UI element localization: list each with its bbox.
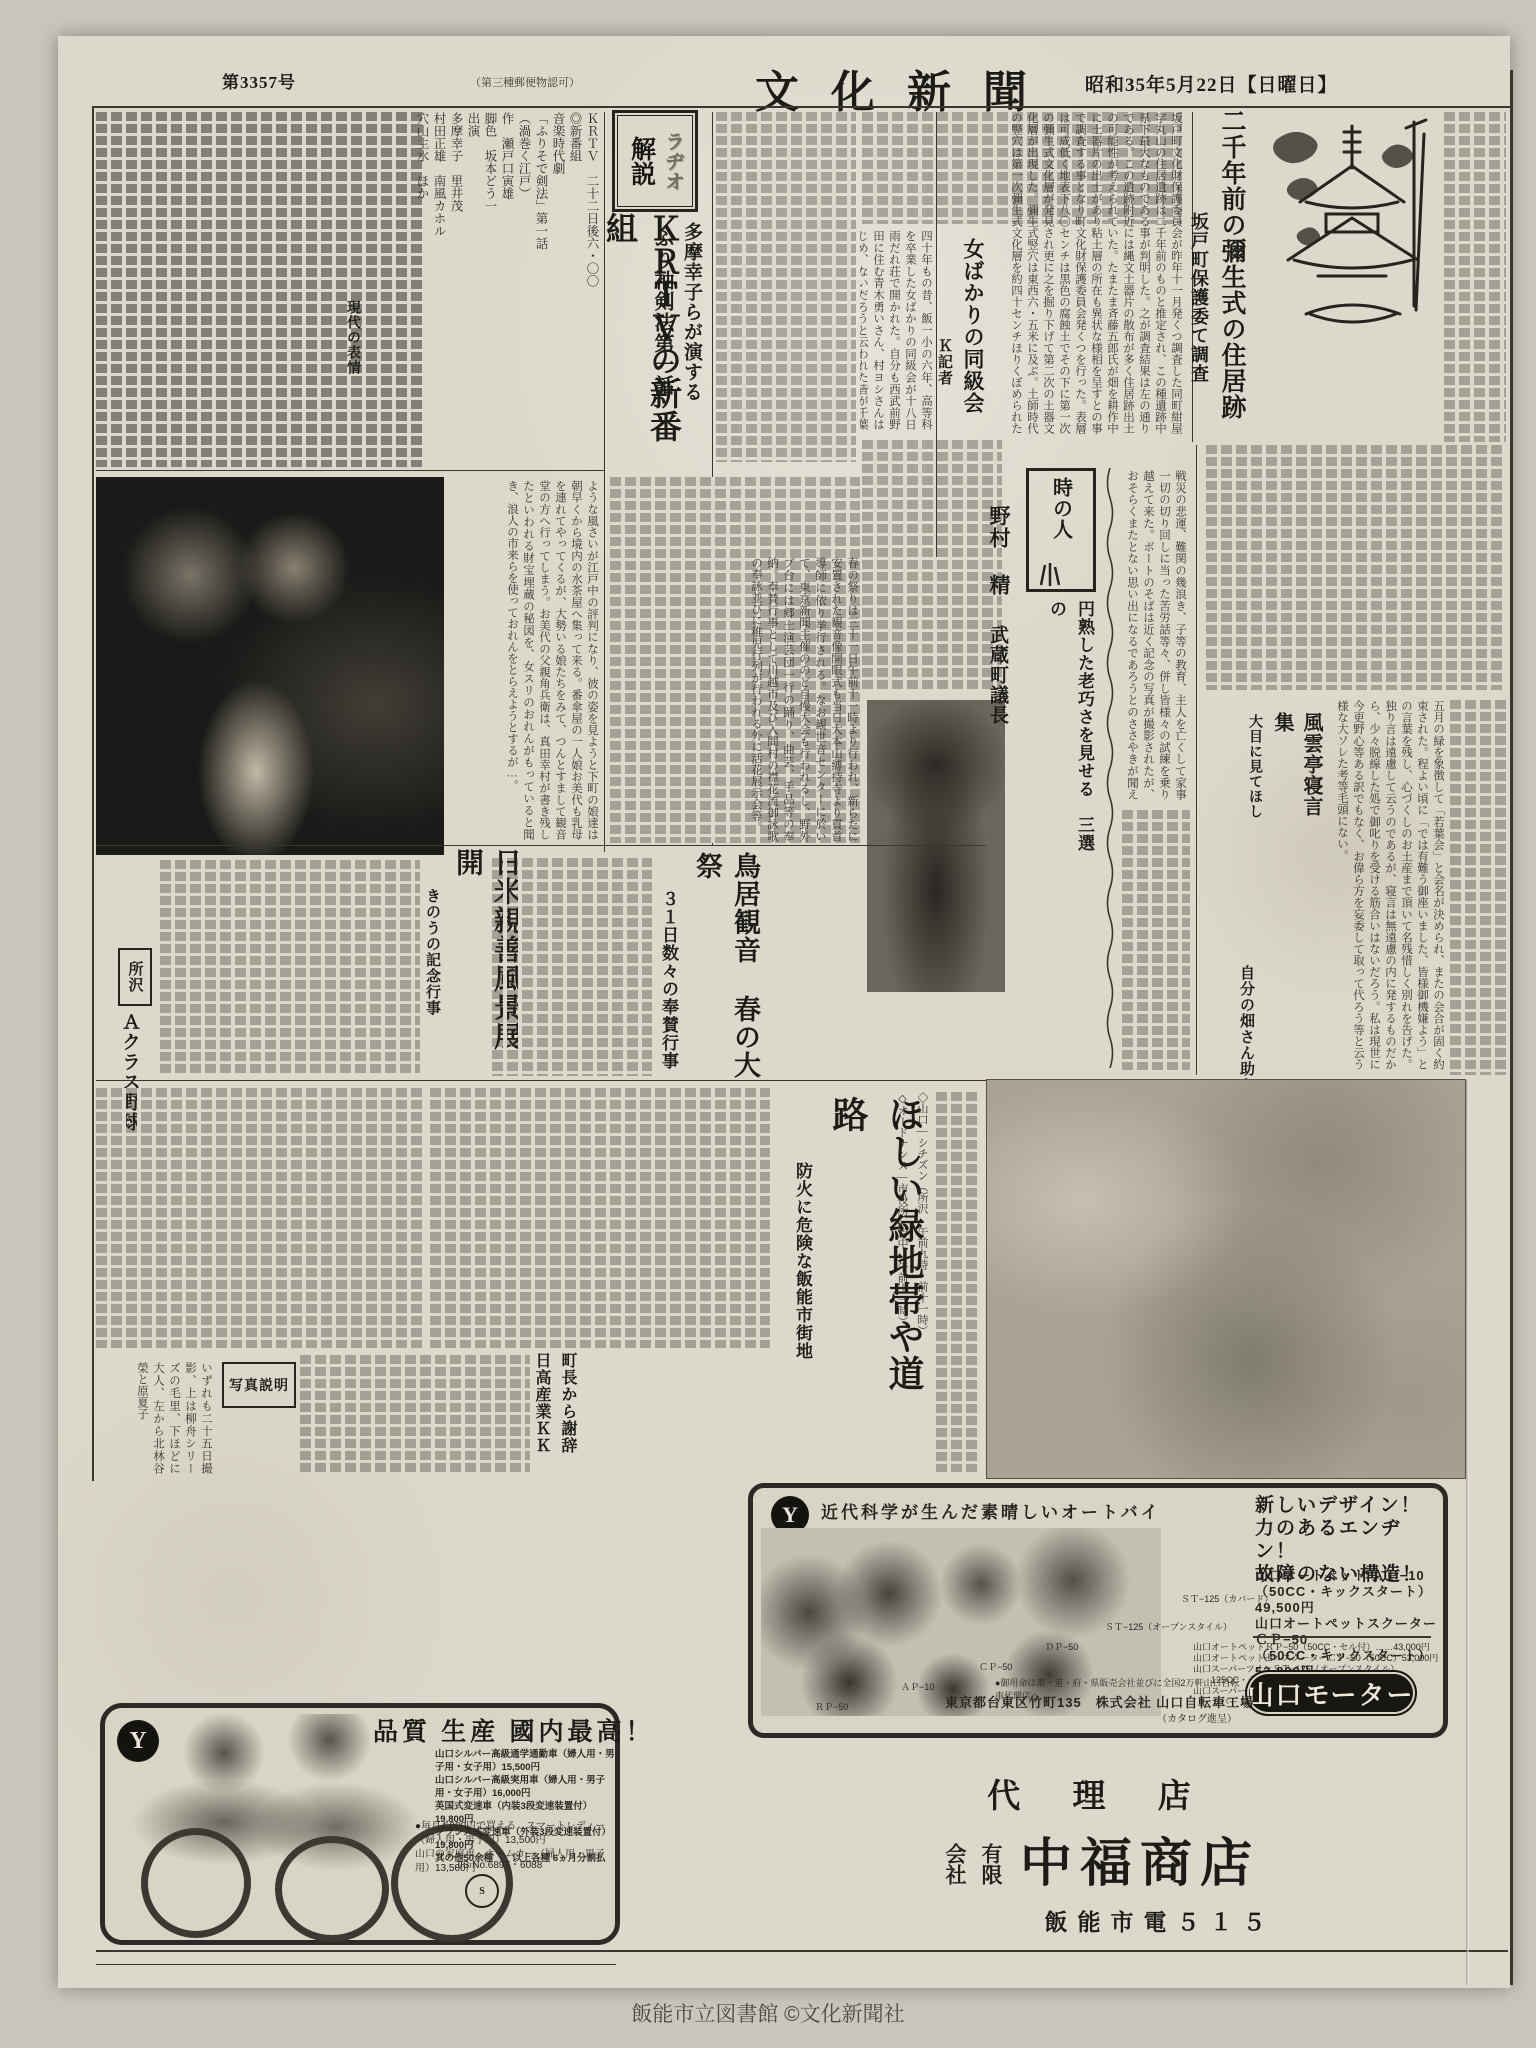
bottom-rule-short	[96, 1964, 616, 1965]
article-text-block	[96, 1088, 426, 1348]
yayoi-subhead: 坂戸町保護委て調査	[1186, 212, 1212, 407]
nichibei-subhead: きのうの記念行事	[422, 888, 443, 1073]
tokinohito-body: 戦災の悲運、難関の幾浪き、子等の教育、主人を亡くして家事一切の切り回しに当った苦…	[1122, 470, 1188, 800]
col-rule	[1196, 445, 1197, 1075]
woodcut-pagoda-illustration	[1266, 110, 1438, 328]
photo-caption-box: 写真説明	[222, 1362, 296, 1408]
bike-header: 品質 生産 國内最高！	[373, 1712, 655, 1748]
moto-address: 東京都台東区竹町135 株式会社 山口自転車工場	[945, 1692, 1254, 1711]
landscape-photo	[986, 1079, 1466, 1479]
radio-subhead-actor: 多摩幸子らが演する	[678, 222, 705, 457]
article-text-block	[430, 1088, 770, 1348]
col-rule	[936, 112, 937, 557]
moto-label-cp: ＣＰ−50	[979, 1660, 1012, 1673]
radio-section-box: ラヂオ 解説	[612, 110, 698, 212]
radio-programme-listing: ＫＲＴＶ 二十二日後六・〇〇 ◎新番組 音楽時代劇 「ふりそで剣法」第一話 （渦…	[434, 112, 600, 464]
radio-box-word-deco: ラヂオ	[659, 131, 688, 191]
jis-mark-icon: S	[465, 1874, 499, 1908]
dealer-prefix-1: 有限	[976, 1833, 1006, 1885]
wavy-divider	[1104, 468, 1116, 1073]
tokorozawa-place-box: 所沢	[118, 948, 152, 1006]
dousoukai-headline: 女ばかりの同級会	[958, 238, 988, 428]
moto-slogan: 近代科学が生んだ素晴しいオートバイ	[821, 1498, 1161, 1523]
yayoi-body: 坂戸町文化財保護委員会が昨年十一月発くつ調査した同町紺屋字丸山の住居遺跡は二千年…	[1012, 112, 1184, 434]
dealer-prefix-2: 会社	[940, 1833, 970, 1885]
bike-jis-number: JIS No.6897・6088	[455, 1856, 542, 1871]
torii-headline: 鳥居観音 春の大祭	[688, 852, 764, 1082]
dealer-phone: 飯能市電５１５	[980, 1904, 1340, 1937]
dousoukai-body: 四十年もの昔、飯一小の六年、高等科を卒業した女ばかりの同級会が十八日雨だれ荘で開…	[860, 230, 934, 430]
fuunte-subhead: 大目に見てほし	[1244, 714, 1264, 844]
dealer-company-prefix: 有限 会社	[940, 1833, 1006, 1885]
article-text-block	[862, 440, 1002, 690]
yayoi-headline: 二千年前の彌生式の住居跡	[1214, 108, 1248, 438]
masthead-rule	[92, 106, 1512, 108]
article-text-block	[1122, 810, 1190, 1070]
dealer-name: 中福商店	[1020, 1821, 1260, 1896]
library-credit-caption: 飯能市立図書館 ©文化新聞社	[0, 1998, 1536, 2028]
bicycle-wheel	[141, 1828, 251, 1938]
issue-date: 昭和35年5月22日【日曜日】	[1085, 70, 1338, 97]
article-text-block	[492, 858, 652, 1076]
photo-caption-label: 写真説明	[229, 1375, 289, 1395]
torii-subhead: ３１日数々の奉賛行事	[656, 890, 681, 1085]
article-text-block	[300, 1355, 530, 1473]
fold-crease	[1466, 1080, 1469, 1985]
article-text-block	[936, 1092, 980, 1472]
masthead-title: 文化新聞	[755, 56, 1059, 120]
tokinohito-lede: 円熟した老巧さを見せる 三選の	[1042, 600, 1098, 860]
bottom-rule	[96, 1950, 1508, 1952]
moto-price-rule	[1253, 1636, 1431, 1638]
bicycle-ad: Y 品質 生産 國内最高！ 山口シルバー高級通学通勤車（婦人用・男子用・女子用）…	[100, 1703, 620, 1945]
moto-label-rp: ＲＰ−50	[815, 1700, 848, 1713]
fuunte-body: 五月の緑を象徴して「若葉会」と会名が決められ、またの会合が固く約束された。程よい…	[1300, 700, 1446, 1070]
dousoukai-byline: Ｋ記者	[934, 338, 955, 398]
frame-right	[1510, 70, 1513, 1985]
tokorozawa-place: 所沢	[125, 961, 146, 993]
dealer-label: 代 理 店	[860, 1770, 1340, 1817]
moto-catalog-note: （カタログ進呈）	[1157, 1710, 1237, 1725]
article-text-block	[1206, 445, 1506, 690]
moto-label-ap: ＡＰ−10	[901, 1680, 934, 1693]
newspaper-scan: 第3357号 （第三種郵便物認可） 文化新聞 昭和35年5月22日【日曜日】 現…	[0, 0, 1536, 2048]
moto-label-dp: ＤＰ−50	[1045, 1640, 1078, 1653]
moto-label-st-open: ＳＴ−125（オープンスタイル）	[1105, 1620, 1232, 1633]
article-text-block	[96, 112, 426, 467]
article-text-block	[716, 112, 856, 462]
radio-body: ような風さいが江戸中の評判になり、彼の姿を見ようと下町の娘達は朝早くから境内の水…	[452, 480, 600, 840]
postal-permit-note: （第三種郵便物認可）	[470, 74, 580, 90]
midori-subhead: 防火に危険な飯能市街地	[790, 1162, 815, 1452]
article-text-block	[1444, 112, 1506, 442]
article-text-block	[160, 860, 420, 1075]
chocho-org: 日高産業ＫＫ	[530, 1352, 553, 1470]
tokinohito-title: 武蔵町議長	[984, 625, 1011, 755]
article-text-block	[1450, 700, 1506, 1075]
yamaguchi-motor-logo: 山口モーター	[1245, 1670, 1417, 1716]
bicycle-wheel	[275, 1836, 389, 1942]
frame-left	[92, 106, 94, 1481]
radio-box-word: 解説	[623, 136, 659, 186]
dealer-ad: 代 理 店 有限 会社 中福商店 飯能市電５１５	[860, 1770, 1340, 1940]
motorcycle-ad: Y 近代科学が生んだ素晴しいオートバイ ＲＰ−50 ＡＰ−10 ＣＰ−50 ＤＰ…	[748, 1483, 1448, 1738]
program-fragment: 現代の表情	[342, 300, 362, 390]
baseball-fixtures: ◇山口―シチズン（所沢 午前九時・前十一時） ◇オードナンス―市役所（吉中 午前…	[886, 1092, 932, 1472]
section-rule	[96, 845, 986, 846]
section-rule	[96, 470, 604, 471]
issue-number: 第3357号	[222, 68, 296, 93]
chocho-headline: 町長から謝辞	[556, 1352, 579, 1472]
tokinohito-box-label: 時の人	[1047, 477, 1076, 540]
torii-body: 春の祭りは三十一日午前十一時より行われ、新らたに安置された観音像開眼式も当日大本…	[604, 557, 860, 842]
photo-caption-text: いずれも二十五日撮影、上は柳舟シリーズの毛里、下ほどに大人、左から北林谷榮と原夏…	[118, 1362, 214, 1474]
crocus-icon	[1035, 553, 1065, 587]
film-scene-photo	[96, 477, 444, 855]
radio-subhead-title: ふり袖剣法第一話	[648, 228, 677, 463]
tokinohito-name: 野村 精	[984, 505, 1014, 615]
tokinohito-box: 時の人	[1026, 468, 1096, 592]
